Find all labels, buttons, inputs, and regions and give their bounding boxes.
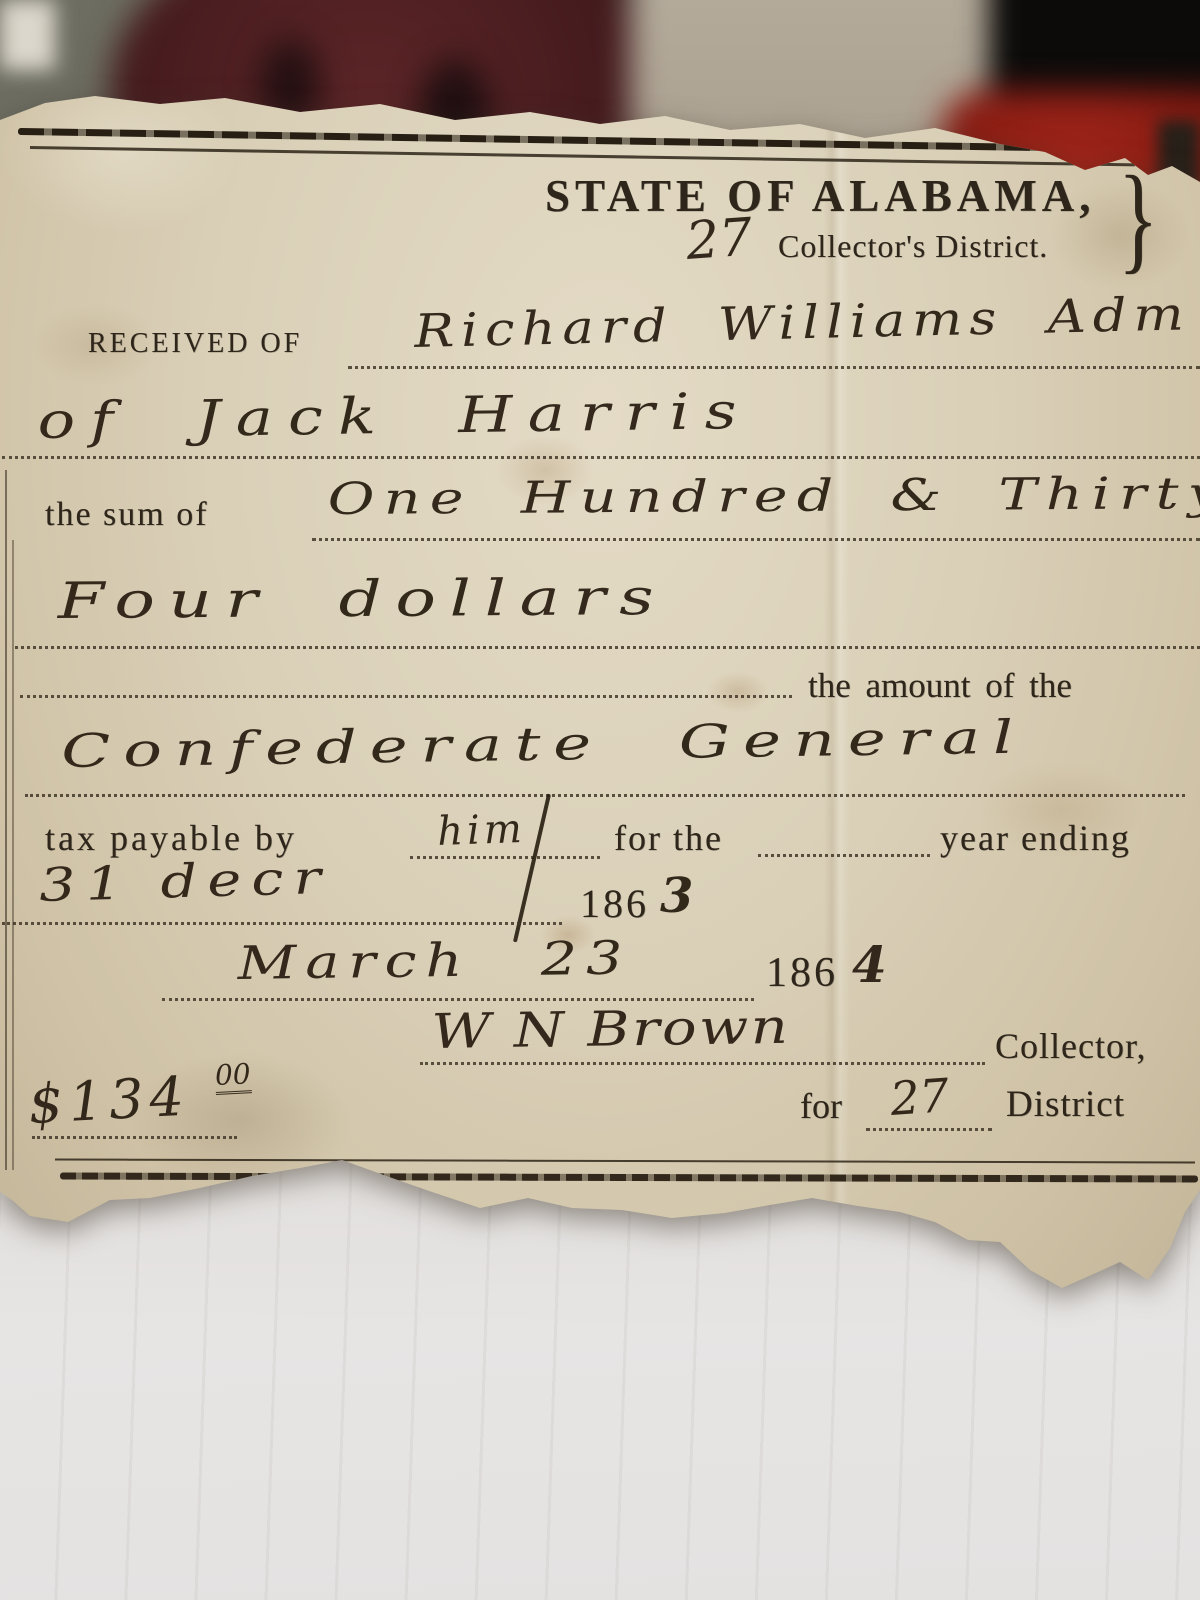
year-1864-digit-handwritten: 4 bbox=[852, 940, 887, 990]
district-number-handwritten: 27 bbox=[684, 212, 754, 268]
district-number-bottom-handwritten: 27 bbox=[889, 1072, 951, 1122]
tax-kind-handwritten: Confederate General bbox=[61, 714, 1027, 774]
receipt-paper: STATE OF ALABAMA, } 27 Collector's Distr… bbox=[0, 0, 1200, 1300]
sum-label: the sum of bbox=[45, 498, 209, 532]
left-margin-rule bbox=[5, 470, 7, 1170]
amount-of-label: the amount of the bbox=[808, 668, 1072, 703]
dotted-leader bbox=[348, 366, 1200, 369]
district-label: Collector's District. bbox=[778, 230, 1048, 262]
dotted-leader bbox=[410, 856, 600, 859]
dotted-leader bbox=[20, 695, 792, 698]
year-1863-digit-handwritten: 3 bbox=[660, 872, 693, 920]
bottom-rule-thin bbox=[55, 1159, 1195, 1164]
payer-line2-handwritten: of Jack Harris bbox=[37, 386, 752, 446]
year-ending-date-handwritten: 31 decr bbox=[38, 854, 332, 908]
collector-label: Collector, bbox=[995, 1028, 1147, 1064]
collector-signature-handwritten: W N Brown bbox=[431, 1003, 791, 1056]
dotted-leader bbox=[2, 922, 562, 925]
dotted-leader bbox=[32, 1136, 237, 1139]
dotted-leader bbox=[2, 456, 1200, 459]
year-1864-printed: 186 bbox=[766, 952, 838, 994]
amount-numeric-handwritten: $134 bbox=[27, 1070, 191, 1132]
amount-cents-handwritten: 00 bbox=[214, 1060, 251, 1095]
year-1863-printed: 186 bbox=[580, 884, 649, 924]
payable-by-handwritten: him bbox=[437, 809, 527, 852]
district-label-bottom: District bbox=[1006, 1086, 1125, 1123]
dotted-leader bbox=[312, 538, 1200, 541]
dotted-leader bbox=[25, 794, 1185, 797]
for-label: for bbox=[800, 1088, 842, 1124]
dotted-leader bbox=[758, 854, 930, 857]
sum-words-1-handwritten: One Hundred & Thirty bbox=[328, 472, 1200, 522]
date-handwritten: March 23 bbox=[237, 935, 632, 986]
for-the-label: for the bbox=[614, 820, 723, 856]
dotted-leader bbox=[420, 1062, 985, 1065]
dotted-leader bbox=[866, 1128, 992, 1131]
tax-payable-label: tax payable by bbox=[45, 820, 297, 856]
payer-name-handwritten: Richard Williams Adm bbox=[414, 290, 1191, 354]
bottom-rule-heavy bbox=[60, 1173, 1198, 1183]
left-margin-rule bbox=[12, 540, 14, 1170]
dotted-leader bbox=[15, 646, 1200, 649]
state-title: STATE OF ALABAMA, bbox=[545, 174, 1095, 219]
receipt-paper-wrap: STATE OF ALABAMA, } 27 Collector's Distr… bbox=[0, 0, 1200, 1300]
year-ending-label: year ending bbox=[940, 820, 1131, 856]
received-of-label: Received of bbox=[88, 330, 302, 358]
sum-words-2-handwritten: Four dollars bbox=[57, 572, 667, 626]
district-brace: } bbox=[1118, 158, 1158, 278]
photo-of-receipt: STATE OF ALABAMA, } 27 Collector's Distr… bbox=[0, 0, 1200, 1600]
